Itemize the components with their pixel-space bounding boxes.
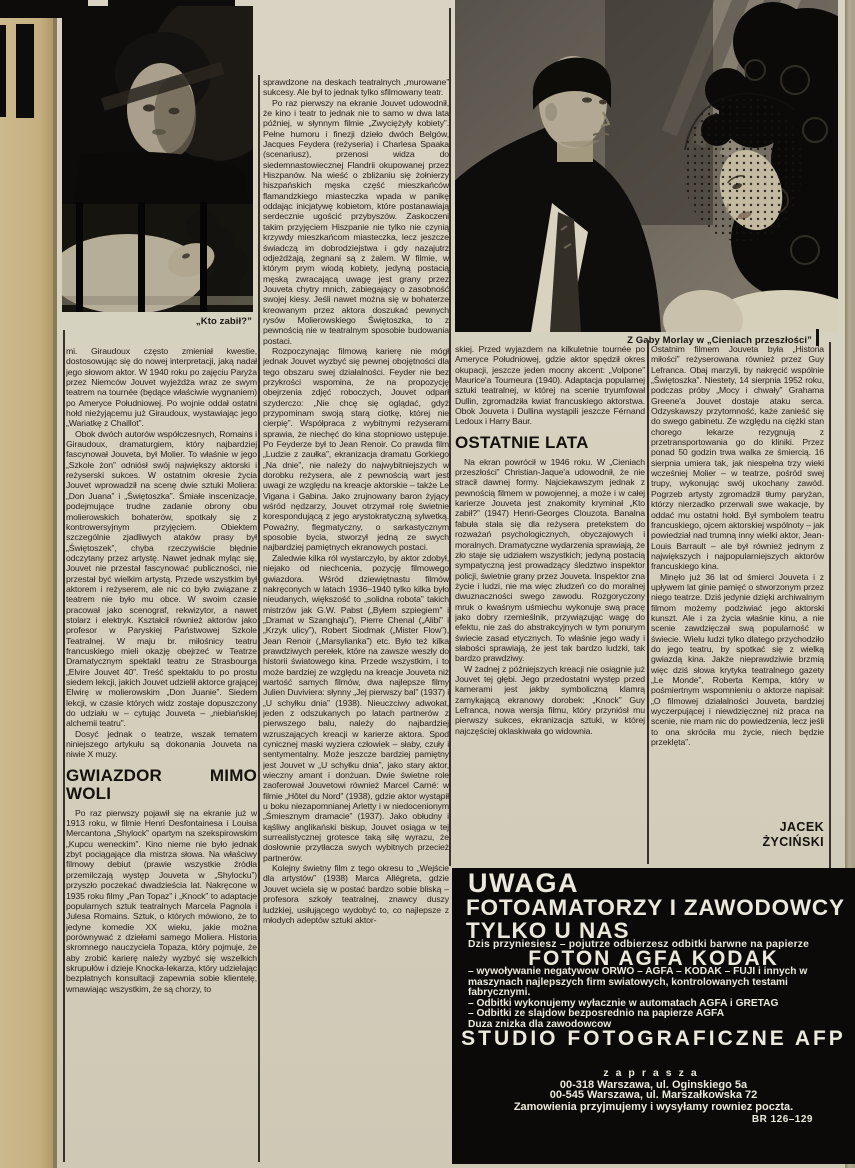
section-heading: OSTATNIE LATA — [455, 434, 645, 452]
line: 00-545 Warszawa, ul. Marszałkowska 72 — [452, 1090, 855, 1100]
column-rule — [829, 342, 831, 882]
article-column-3: skiej. Przed wyjazdem na kilkuletnie tou… — [455, 344, 645, 862]
page-fold-shadow — [53, 0, 57, 1168]
paragraph: sprawdzone na deskach teatralnych „murow… — [263, 77, 449, 98]
paragraph: Dosyć jednak o teatrze, wszak tematem ni… — [66, 729, 257, 760]
paragraph: Obok dwóch autorów współczesnych, Romain… — [66, 429, 257, 729]
photo-gaby-morlay — [455, 0, 838, 332]
ad-orders-text: Zamowienia przyjmujemy i wysyłamy rownie… — [452, 1101, 855, 1113]
paragraph: Po raz pierwszy na ekranie Jouvet udowod… — [263, 98, 449, 346]
author-last-name: ŻYCIŃSKI — [651, 835, 824, 850]
column-rule — [63, 330, 65, 1162]
article-column-2: sprawdzone na deskach teatralnych „murow… — [263, 77, 449, 1117]
ad-addresses: 00-318 Warszawa, ul. Oginskiego 5a00-545… — [452, 1080, 855, 1101]
paragraph: W żadnej z późniejszych kreacji nie osią… — [455, 664, 645, 736]
photo-gaby-morlay-art — [455, 0, 838, 332]
ad-bullet-list: – wywoływanie negatywow ORWO – AGFA – KO… — [468, 967, 840, 1031]
advertisement-studio-afp: UWAGA FOTOAMATORZY I ZAWODOWCY TYLKO U N… — [452, 868, 855, 1164]
paragraph: Kolejny świetny film z tego okresu to „W… — [263, 863, 449, 925]
photo-caption-kto-zabil: „Kto zabił?” — [62, 316, 252, 327]
paragraph: Rozpoczynając filmową karierę nie mógł j… — [263, 346, 449, 553]
column-rule — [258, 75, 260, 1162]
column-rule — [647, 340, 649, 864]
ad-bullets: – wywoływanie negatywow ORWO – AGFA – KO… — [468, 967, 840, 1020]
photo-kto-zabil — [62, 6, 253, 312]
photo-kto-zabil-art — [62, 6, 253, 312]
paragraph: Zaledwie kilka ról wystarczyło, by aktor… — [263, 553, 449, 863]
author-first-name: JACEK — [651, 820, 824, 835]
column-rule — [449, 8, 451, 866]
author-byline: JACEK ŻYCIŃSKI — [651, 820, 824, 850]
paragraph: mi. Giraudoux często zmieniał kwestie, d… — [66, 346, 257, 429]
page-edge-strip — [0, 0, 57, 1168]
magazine-page: „Kto zabił?” — [0, 0, 855, 1168]
paragraph: Ostatnim filmem Jouveta była „Historia m… — [651, 344, 824, 572]
paragraph: skiej. Przed wyjazdem na kilkuletnie tou… — [455, 344, 645, 427]
article-column-4: Ostatnim filmem Jouveta była „Historia m… — [651, 344, 824, 814]
scan-mark — [16, 24, 34, 118]
line: – wywoływanie negatywow ORWO – AGFA – KO… — [468, 967, 840, 999]
paragraph: Minęło już 36 lat od śmierci Jouveta i z… — [651, 572, 824, 748]
paragraph: Po raz pierwszy pojawił się na ekranie j… — [66, 808, 257, 994]
paragraph: Na ekran powrócił w 1946 roku. W „Cienia… — [455, 457, 645, 664]
article-column-1: mi. Giraudoux często zmieniał kwestie, d… — [66, 346, 257, 1164]
scan-mark — [0, 25, 6, 117]
ad-reference-code: BR 126–129 — [752, 1114, 813, 1125]
section-heading: GWIAZDOR MIMO WOLI — [66, 767, 257, 803]
ad-studio-name: STUDIO FOTOGRAFICZNE AFP — [452, 1027, 855, 1051]
ad-invite-text: zaprasza — [452, 1067, 855, 1079]
